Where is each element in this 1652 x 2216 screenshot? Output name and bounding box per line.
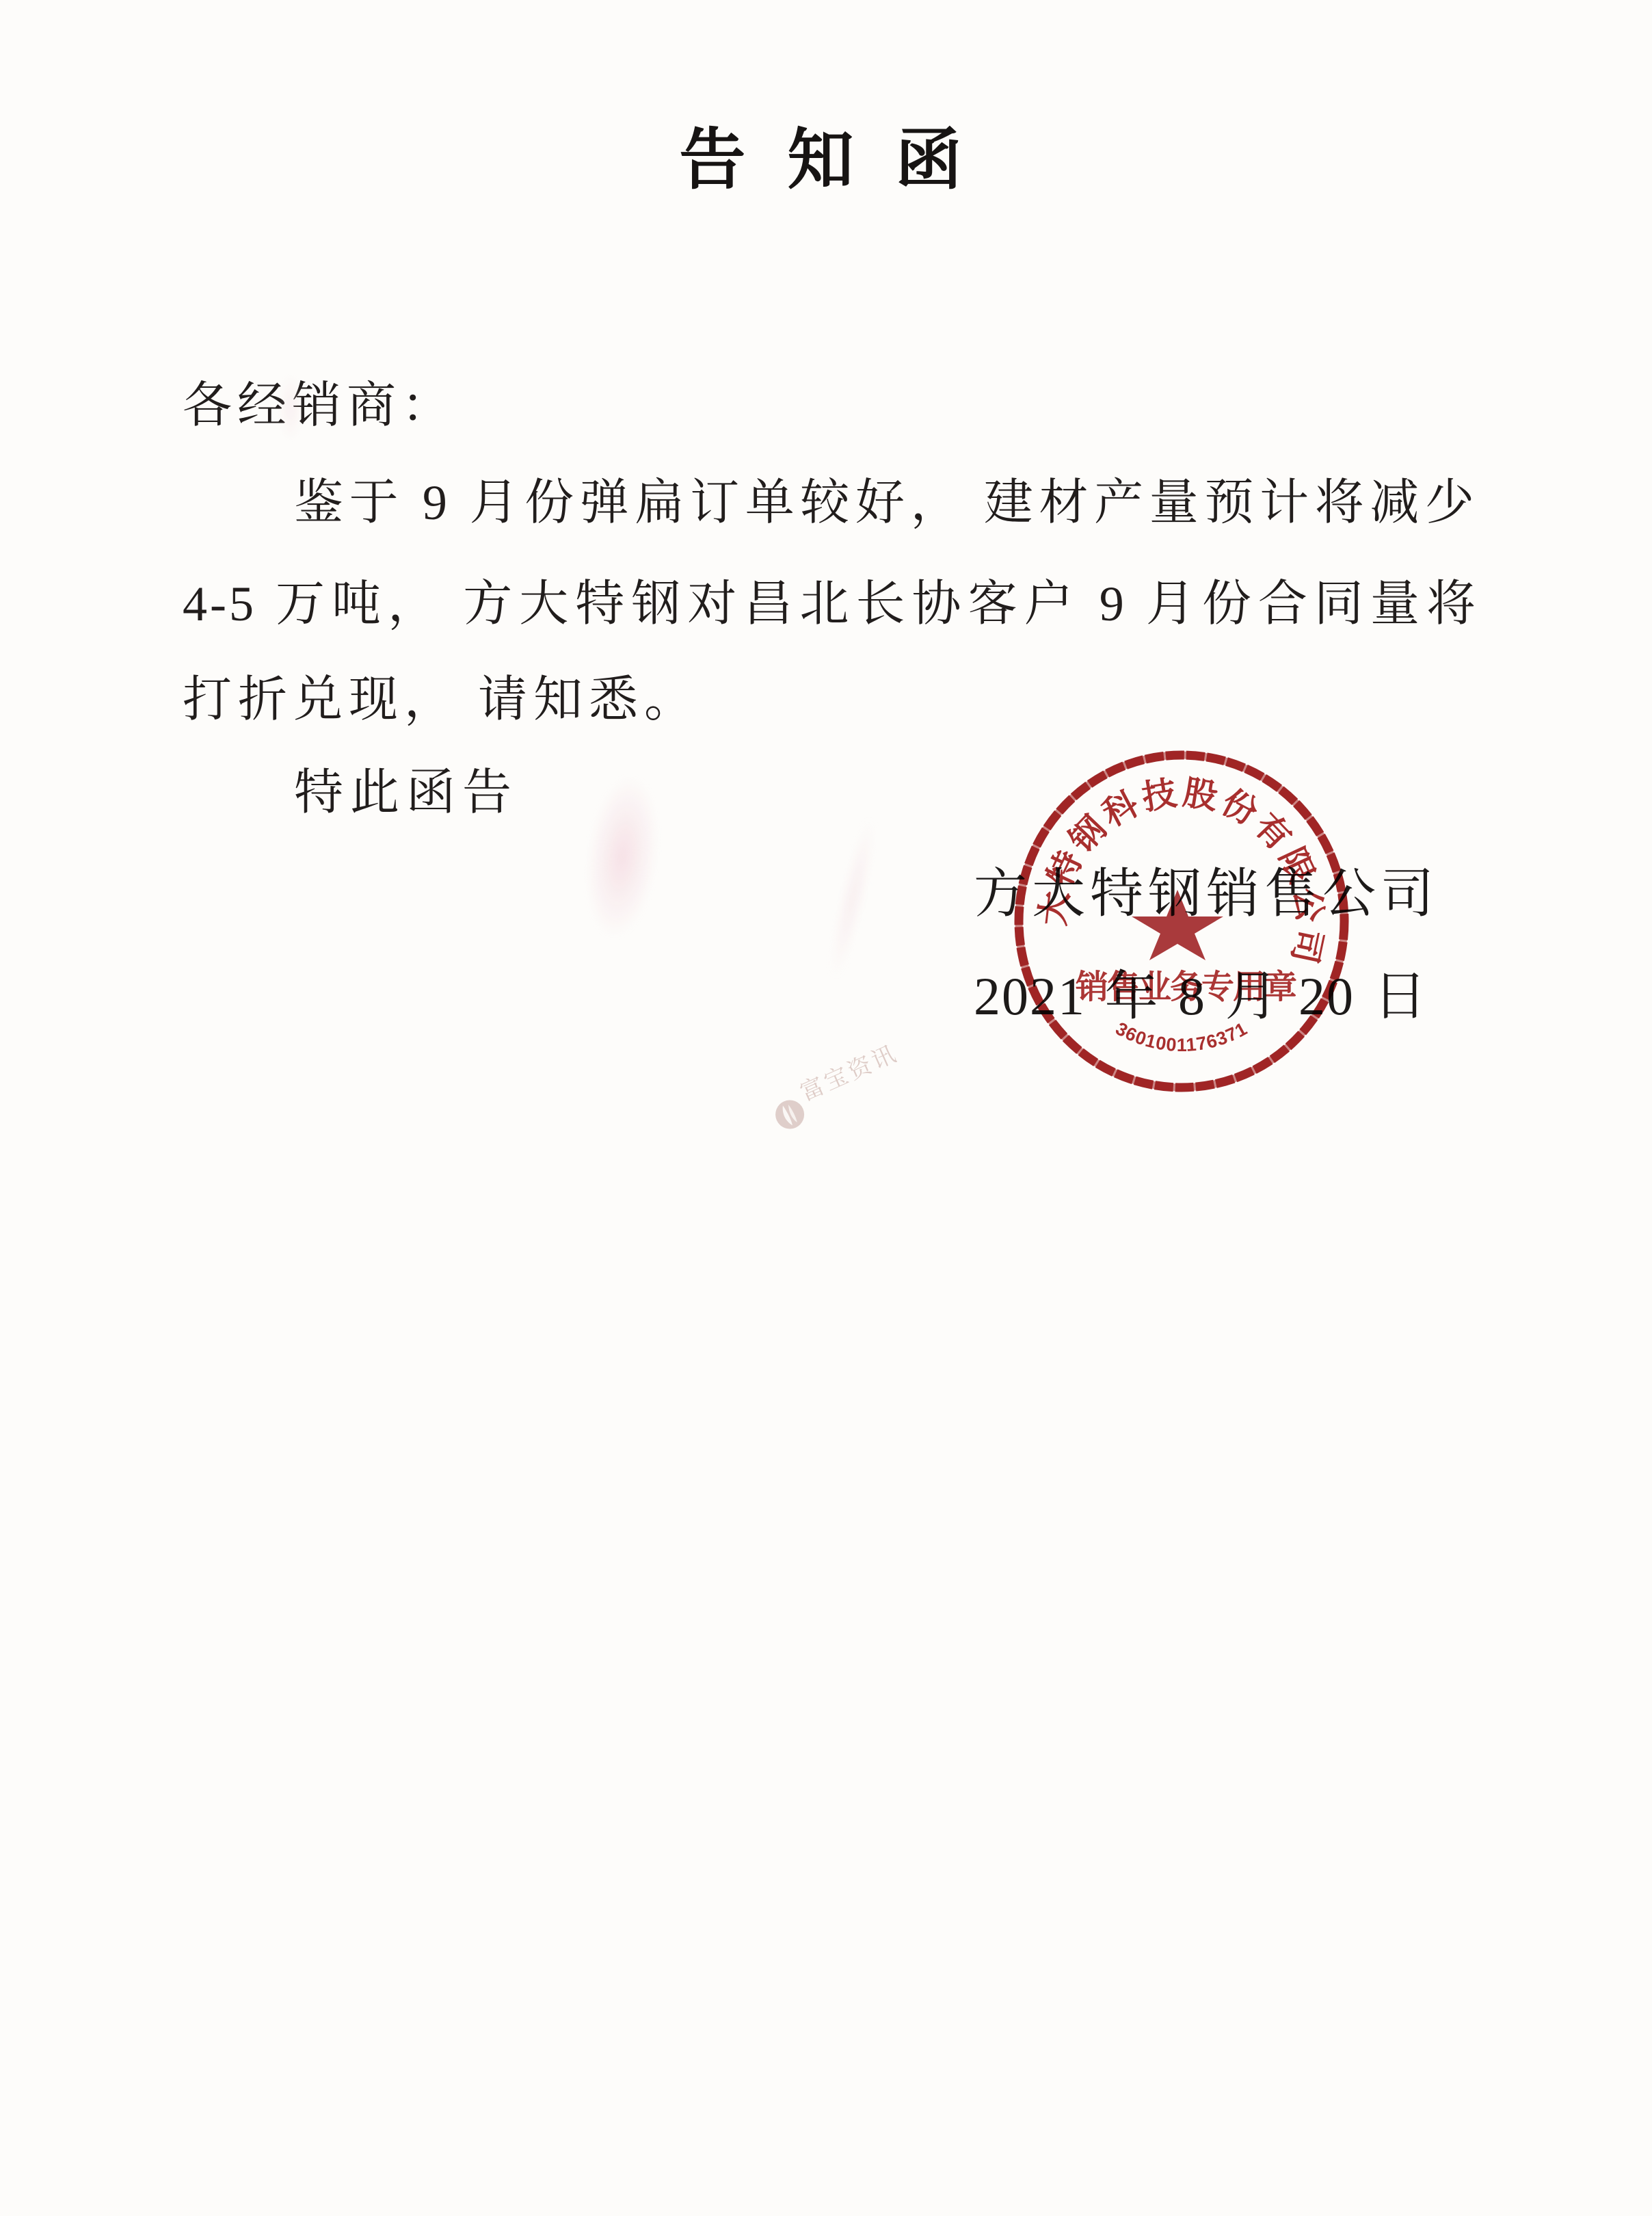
- svg-text:3601001176371: 3601001176371: [1113, 1018, 1251, 1055]
- title-row: 告知函: [0, 124, 1641, 198]
- star-icon: [1132, 890, 1223, 960]
- body-line-3: 打折兑现， 请知悉。: [183, 671, 1478, 728]
- watermark-leaf-logo-icon: [770, 1094, 810, 1134]
- page-title: 告知函: [637, 124, 1003, 198]
- company-seal-stamp: 方大特钢科技股份有限公司 销售业务专用章 3601001176371: [1011, 743, 1353, 1099]
- seal-serial-number: 3601001176371: [1113, 1018, 1251, 1055]
- scanned-letter-page: 告知函 各经销商： 鉴于 9 月份弹扁订单较好， 建材产量预计将减少 4-5 万…: [0, 0, 1652, 2216]
- ink-smudge: [825, 819, 881, 977]
- salutation-line: 各经销商：: [183, 377, 1478, 434]
- body-line-1: 鉴于 9 月份弹扁订单较好， 建材产量预计将减少: [183, 474, 1478, 531]
- site-watermark: 富宝资讯: [750, 1022, 916, 1146]
- watermark-text: 富宝资讯: [794, 1034, 903, 1107]
- seal-type-text: 销售业务专用章: [1076, 968, 1296, 1005]
- body-line-2: 4-5 万吨， 方大特钢对昌北长协客户 9 月份合同量将: [183, 575, 1478, 633]
